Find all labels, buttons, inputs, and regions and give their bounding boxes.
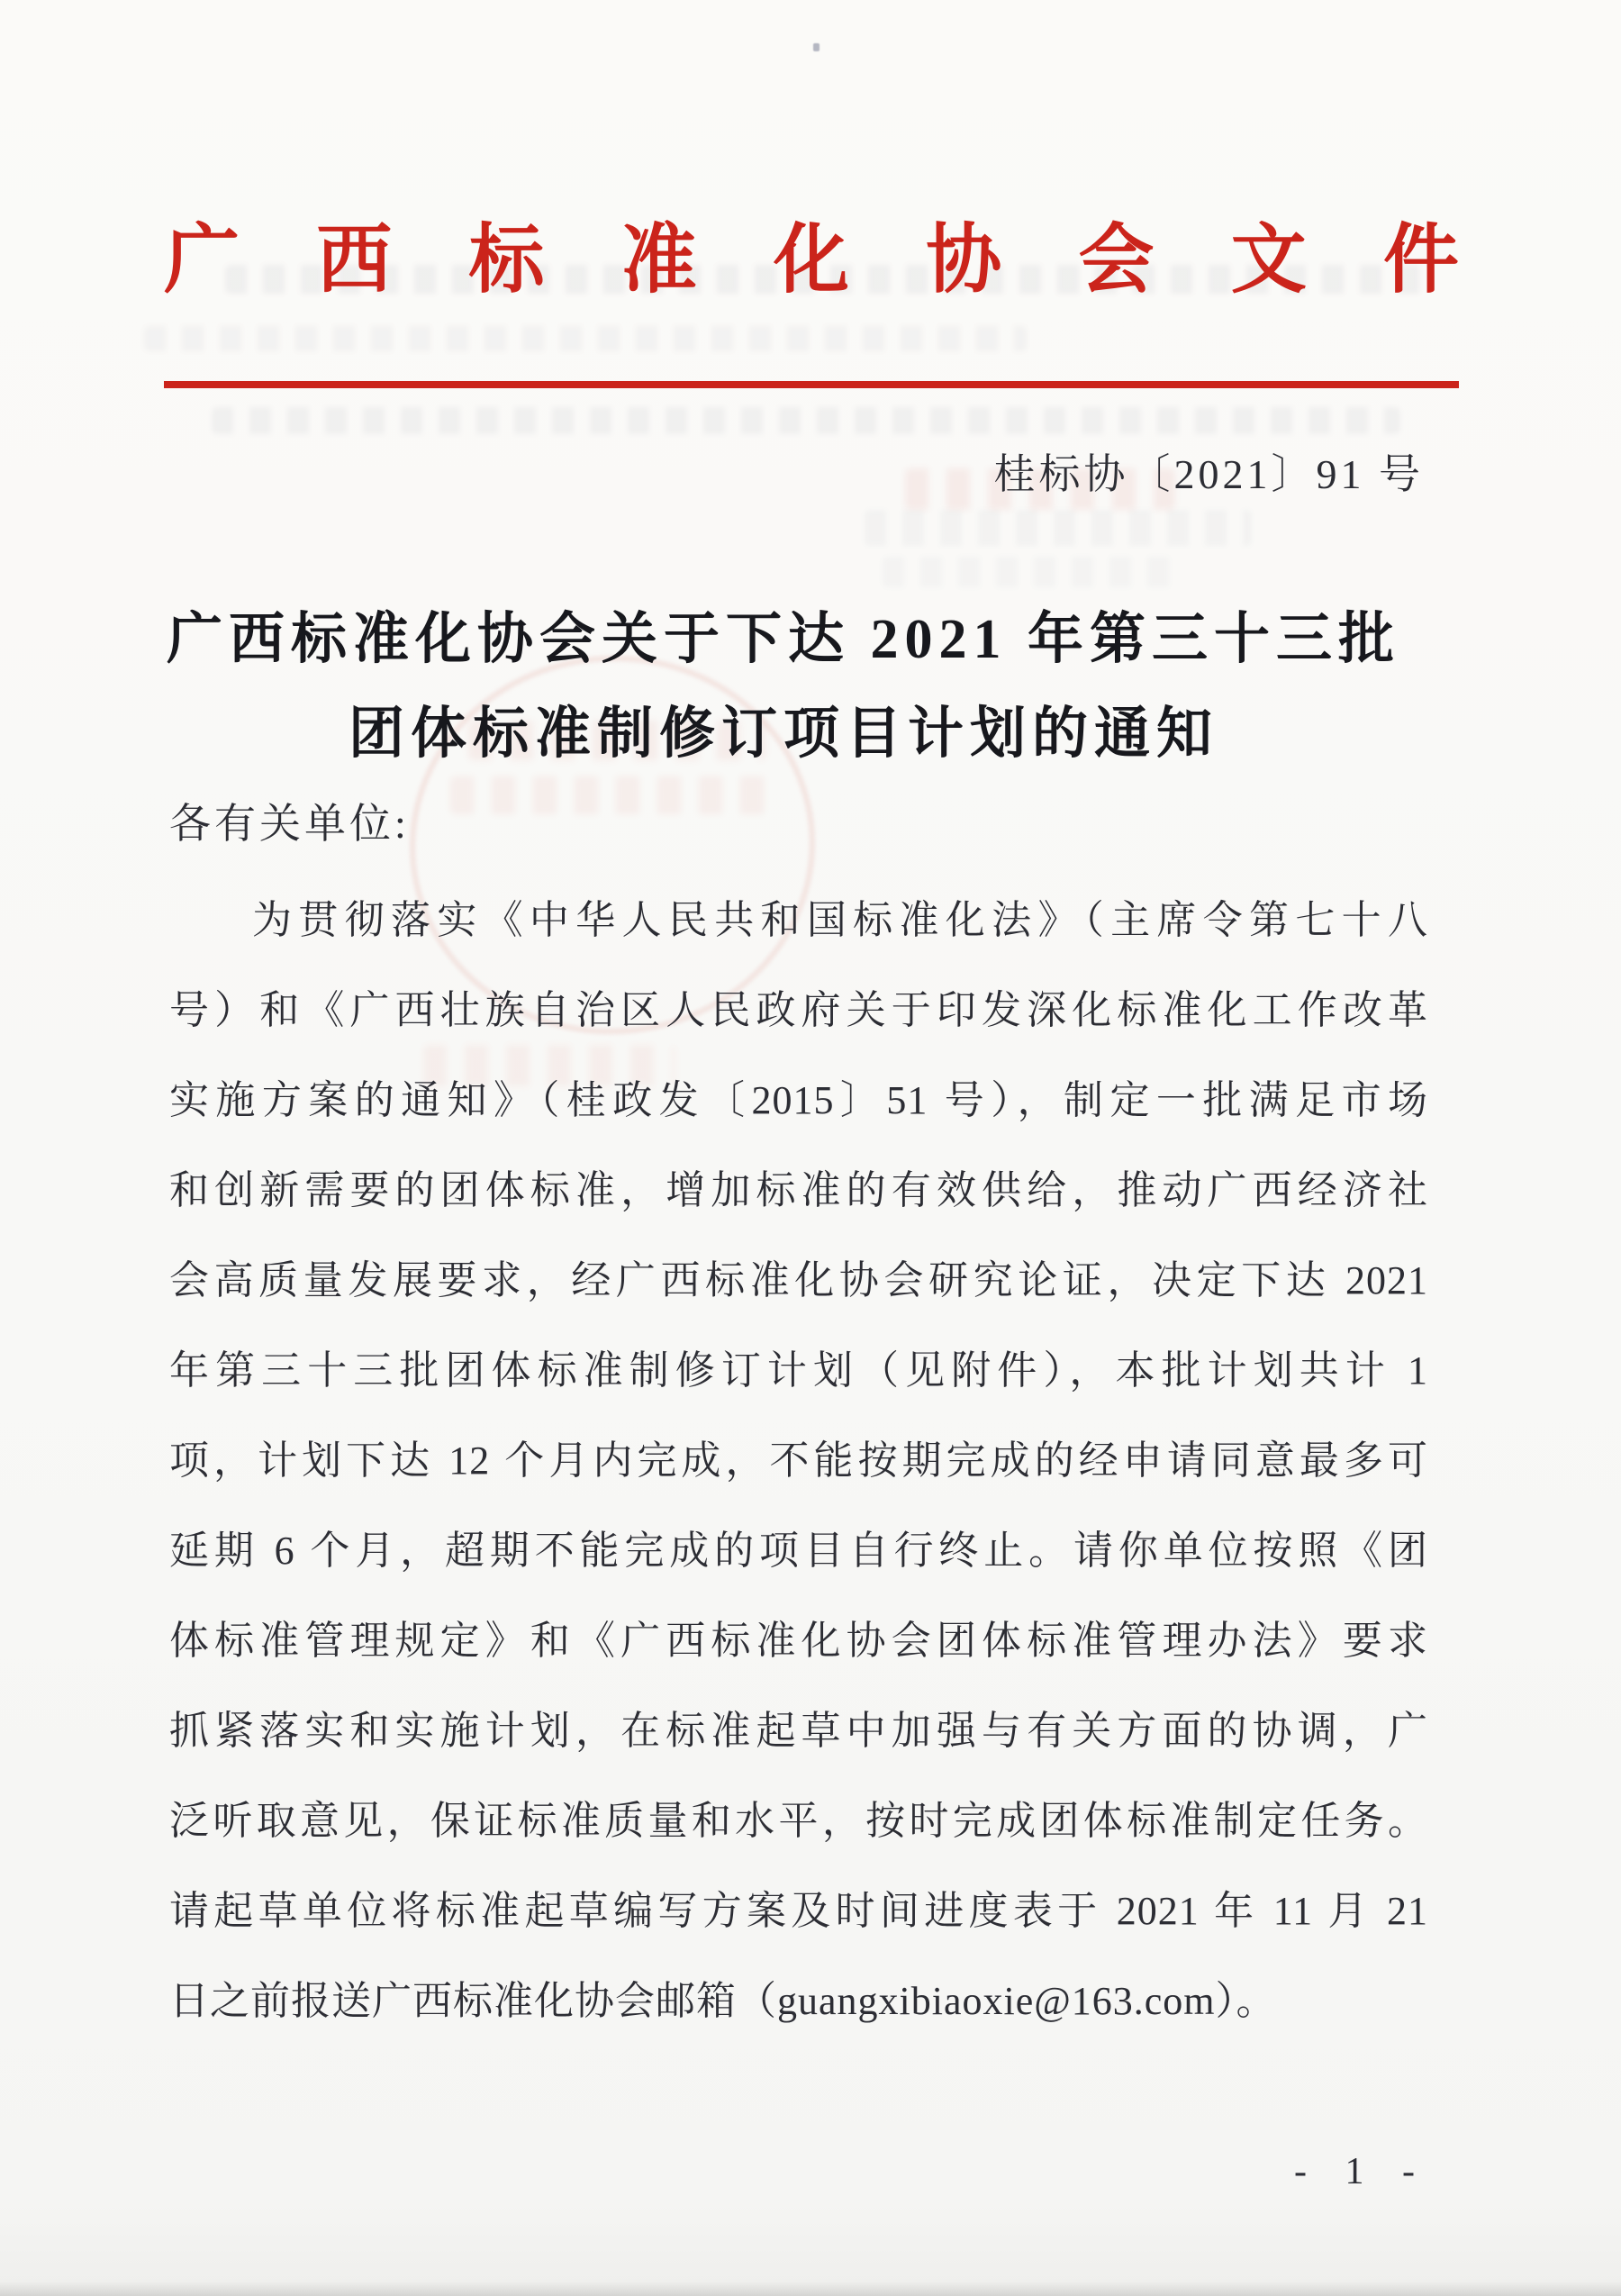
body-line: 延期 6 个月，超期不能完成的项目自行终止。请你单位按照《团 xyxy=(169,1506,1428,1596)
page-number: - 1 - xyxy=(1294,2151,1429,2192)
scanned-document-page: 广 西 标 准 化 协 会 文 件 桂标协〔2021〕91 号 广西标准化协会关… xyxy=(0,0,1621,2296)
body-line: 项，计划下达 12 个月内完成，不能按期完成的经申请同意最多可 xyxy=(169,1416,1428,1506)
document-title-line-2: 团体标准制修订项目计划的通知 xyxy=(126,687,1441,782)
body-line: 和创新需要的团体标准，增加标准的有效供给，推动广西经济社 xyxy=(169,1146,1428,1236)
body-line: 实施方案的通知》（桂政发〔2015〕51 号），制定一批满足市场 xyxy=(169,1056,1428,1146)
document-title-line-1: 广西标准化协会关于下达 2021 年第三十三批 xyxy=(126,593,1441,687)
bleed-through-text-band xyxy=(212,407,1400,434)
bleed-through-text-band xyxy=(144,326,1027,351)
body-line: 为贯彻落实《中华人民共和国标准化法》（主席令第七十八 xyxy=(169,876,1428,966)
red-bleed-through xyxy=(450,776,774,814)
document-number: 桂标协〔2021〕91 号 xyxy=(994,453,1425,496)
body-line: 体标准管理规定》和《广西标准化协会团体标准管理办法》要求 xyxy=(169,1596,1428,1686)
red-divider-line xyxy=(164,381,1459,388)
body-line: 号）和《广西壮族自治区人民政府关于印发深化标准化工作改革 xyxy=(169,966,1428,1056)
bleed-through-text-band xyxy=(865,510,1252,546)
body-line: 年第三十三批团体标准制修订计划（见附件），本批计划共计 1 xyxy=(169,1326,1428,1416)
body-line: 会高质量发展要求，经广西标准化协会研究论证，决定下达 2021 xyxy=(169,1236,1428,1326)
org-header-title: 广 西 标 准 化 协 会 文 件 xyxy=(164,222,1459,301)
body-line: 抓紧落实和实施计划，在标准起草中加强与有关方面的协调，广 xyxy=(169,1686,1428,1776)
body-line: 请起草单位将标准起草编写方案及时间进度表于 2021 年 11 月 21 xyxy=(169,1866,1428,1956)
salutation: 各有关单位: xyxy=(169,802,410,847)
body-paragraph: 为贯彻落实《中华人民共和国标准化法》（主席令第七十八 号）和《广西壮族自治区人民… xyxy=(169,876,1428,2046)
body-line: 泛听取意见，保证标准质量和水平，按时完成团体标准制定任务。 xyxy=(169,1776,1428,1866)
scan-edge-shadow xyxy=(0,2282,1621,2296)
document-title: 广西标准化协会关于下达 2021 年第三十三批 团体标准制修订项目计划的通知 xyxy=(126,593,1441,782)
body-line: 日之前报送广西标准化协会邮箱（guangxibiaoxie@163.com）。 xyxy=(169,1956,1428,2046)
bleed-through-text-band xyxy=(883,557,1180,587)
scan-speck xyxy=(813,43,820,51)
